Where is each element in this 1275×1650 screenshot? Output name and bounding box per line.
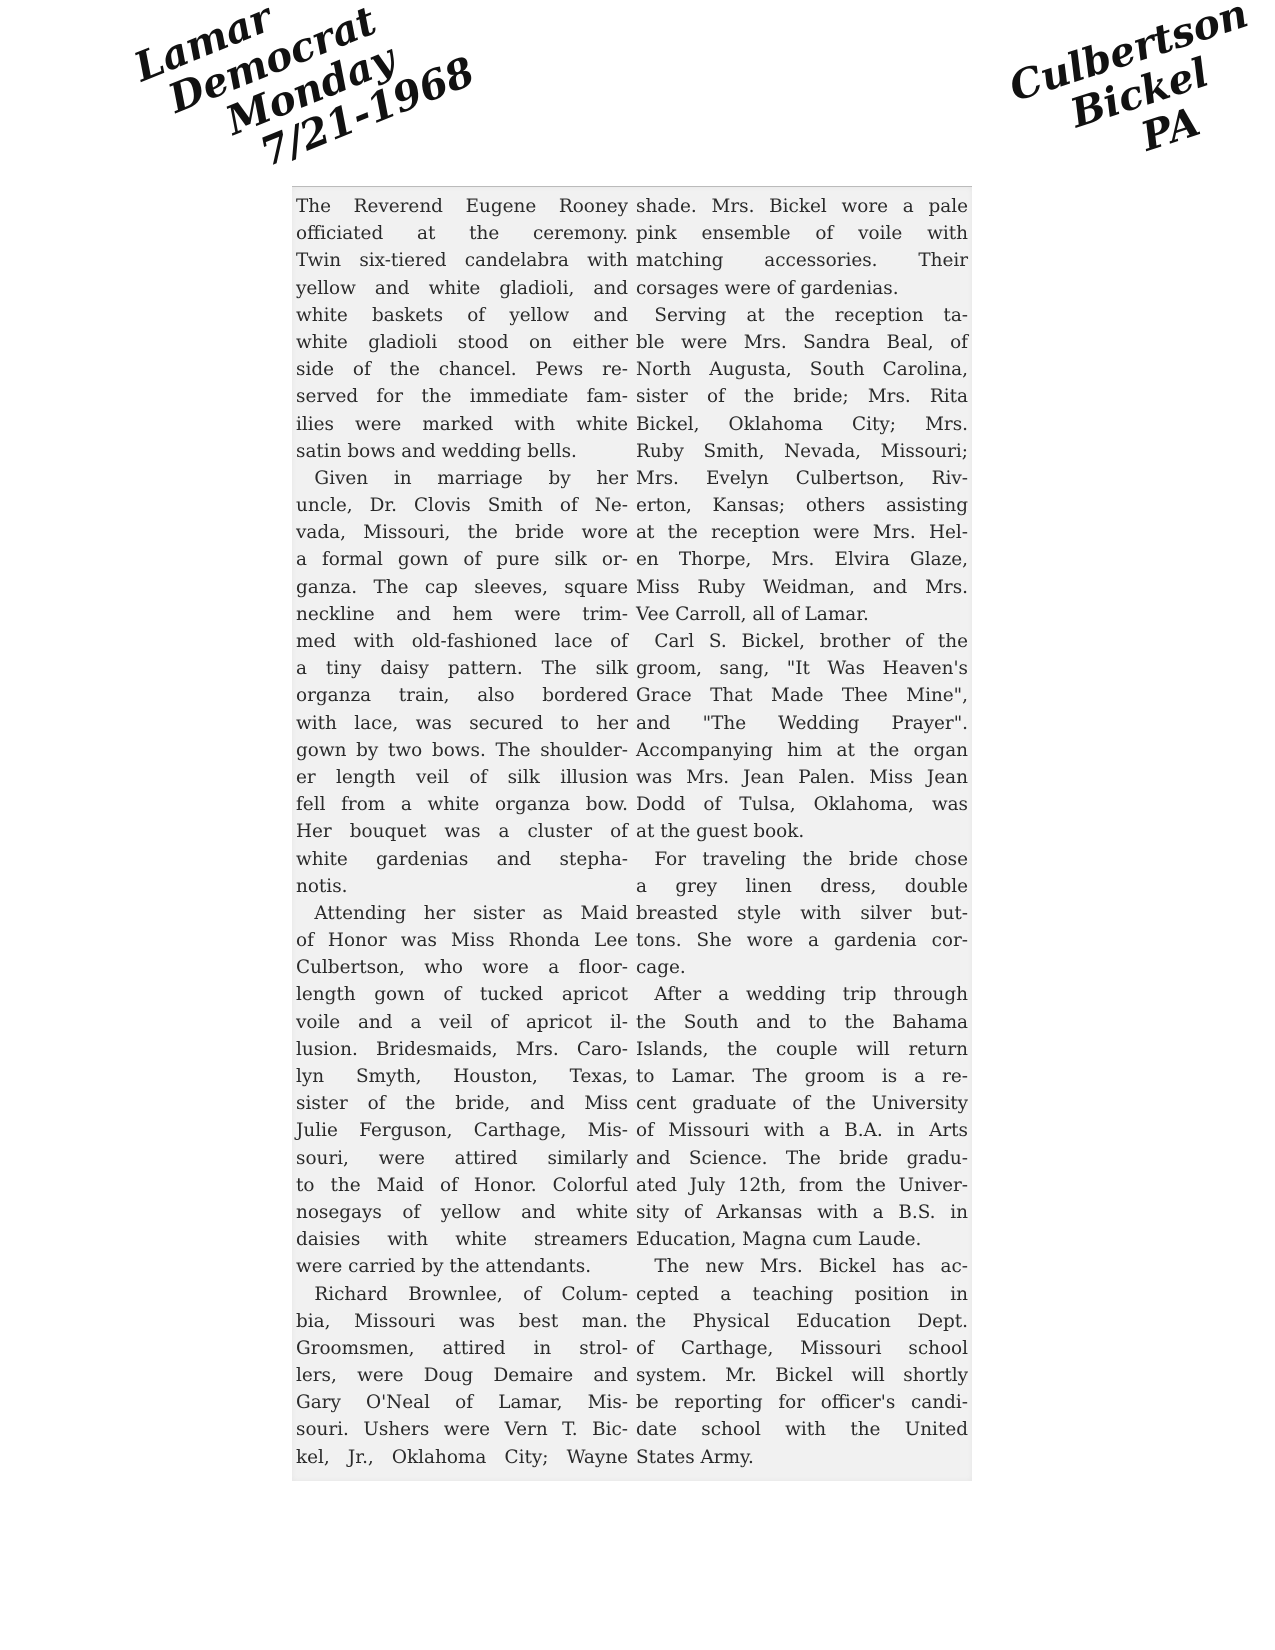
article-line: Mrs. Evelyn Culbertson, Riv- [636, 465, 968, 492]
article-line: Attending her sister as Maid [296, 900, 628, 927]
article-line: fell from a white organza bow. [296, 791, 628, 818]
article-line: at the guest book. [636, 818, 968, 845]
article-line: was Mrs. Jean Palen. Miss Jean [636, 764, 968, 791]
article-line: sity of Arkansas with a B.S. in [636, 1199, 968, 1226]
article-line: shade. Mrs. Bickel wore a pale [636, 193, 968, 220]
article-line: souri, were attired similarly [296, 1145, 628, 1172]
article-line: Islands, the couple will return [636, 1036, 968, 1063]
article-line: Grace That Made Thee Mine", [636, 682, 968, 709]
article-line: Groomsmen, attired in strol- [296, 1335, 628, 1362]
article-line: erton, Kansas; others assisting [636, 492, 968, 519]
article-line: were carried by the attendants. [296, 1253, 628, 1280]
article-line: kel, Jr., Oklahoma City; Wayne [296, 1444, 628, 1471]
article-line: matching accessories. Their [636, 247, 968, 274]
article-line: cent graduate of the University [636, 1090, 968, 1117]
article-line: Culbertson, who wore a floor- [296, 954, 628, 981]
article-line: Dodd of Tulsa, Oklahoma, was [636, 791, 968, 818]
article-line: the Physical Education Dept. [636, 1308, 968, 1335]
article-line: date school with the United [636, 1416, 968, 1443]
article-line: For traveling the bride chose [636, 846, 968, 873]
article-line: Carl S. Bickel, brother of the [636, 628, 968, 655]
article-line: at the reception were Mrs. Hel- [636, 519, 968, 546]
article-line: nosegays of yellow and white [296, 1199, 628, 1226]
article-line: a grey linen dress, double [636, 873, 968, 900]
article-line: daisies with white streamers [296, 1226, 628, 1253]
article-line: voile and a veil of apricot il- [296, 1009, 628, 1036]
article-line: The Reverend Eugene Rooney [296, 193, 628, 220]
article-line: Vee Carroll, all of Lamar. [636, 601, 968, 628]
article-line: breasted style with silver but- [636, 900, 968, 927]
article-line: med with old-fashioned lace of [296, 628, 628, 655]
article-line: to Lamar. The groom is a re- [636, 1063, 968, 1090]
article-line: officiated at the ceremony. [296, 220, 628, 247]
article-line: North Augusta, South Carolina, [636, 356, 968, 383]
article-line: of Carthage, Missouri school [636, 1335, 968, 1362]
article-line: neckline and hem were trim- [296, 601, 628, 628]
article-line: white gladioli stood on either [296, 329, 628, 356]
article-line: Bickel, Oklahoma City; Mrs. [636, 411, 968, 438]
article-line: served for the immediate fam- [296, 383, 628, 410]
article-line: lyn Smyth, Houston, Texas, [296, 1063, 628, 1090]
article-line: length gown of tucked apricot [296, 981, 628, 1008]
article-line: the South and to the Bahama [636, 1009, 968, 1036]
article-line: tons. She wore a gardenia cor- [636, 927, 968, 954]
article-line: and "The Wedding Prayer". [636, 710, 968, 737]
article-line: Ruby Smith, Nevada, Missouri; [636, 438, 968, 465]
article-column-right: shade. Mrs. Bickel wore a palepink ensem… [632, 193, 972, 1481]
article-line: Given in marriage by her [296, 465, 628, 492]
article-line: Education, Magna cum Laude. [636, 1226, 968, 1253]
article-line: gown by two bows. The shoulder- [296, 737, 628, 764]
article-line: white baskets of yellow and [296, 302, 628, 329]
article-line: with lace, was secured to her [296, 710, 628, 737]
article-line: yellow and white gladioli, and [296, 275, 628, 302]
article-line: er length veil of silk illusion [296, 764, 628, 791]
handwritten-names-note: Culbertson Bickel PA [1005, 0, 1275, 196]
article-line: vada, Missouri, the bride wore [296, 519, 628, 546]
article-line: ated July 12th, from the Univer- [636, 1172, 968, 1199]
article-line: a formal gown of pure silk or- [296, 546, 628, 573]
article-line: souri. Ushers were Vern T. Bic- [296, 1416, 628, 1443]
article-column-left: The Reverend Eugene Rooneyofficiated at … [292, 193, 632, 1481]
article-line: notis. [296, 873, 628, 900]
article-line: cepted a teaching position in [636, 1281, 968, 1308]
article-line: Julie Ferguson, Carthage, Mis- [296, 1117, 628, 1144]
article-line: lusion. Bridesmaids, Mrs. Caro- [296, 1036, 628, 1063]
article-line: system. Mr. Bickel will shortly [636, 1362, 968, 1389]
article-line: sister of the bride; Mrs. Rita [636, 383, 968, 410]
article-line: of Honor was Miss Rhonda Lee [296, 927, 628, 954]
article-line: ilies were marked with white [296, 411, 628, 438]
article-line: of Missouri with a B.A. in Arts [636, 1117, 968, 1144]
newspaper-clipping: The Reverend Eugene Rooneyofficiated at … [292, 186, 972, 1481]
article-line: corsages were of gardenias. [636, 275, 968, 302]
article-line: uncle, Dr. Clovis Smith of Ne- [296, 492, 628, 519]
article-line: bia, Missouri was best man. [296, 1308, 628, 1335]
article-line: Gary O'Neal of Lamar, Mis- [296, 1389, 628, 1416]
article-line: ganza. The cap sleeves, square [296, 574, 628, 601]
article-line: sister of the bride, and Miss [296, 1090, 628, 1117]
article-line: side of the chancel. Pews re- [296, 356, 628, 383]
article-line: The new Mrs. Bickel has ac- [636, 1253, 968, 1280]
article-line: en Thorpe, Mrs. Elvira Glaze, [636, 546, 968, 573]
article-line: to the Maid of Honor. Colorful [296, 1172, 628, 1199]
article-line: pink ensemble of voile with [636, 220, 968, 247]
article-line: lers, were Doug Demaire and [296, 1362, 628, 1389]
article-line: Miss Ruby Weidman, and Mrs. [636, 574, 968, 601]
article-line: organza train, also bordered [296, 682, 628, 709]
article-line: ble were Mrs. Sandra Beal, of [636, 329, 968, 356]
handwritten-source-note: Lamar Democrat Monday 7/21-1968 [120, 0, 481, 211]
article-line: Richard Brownlee, of Colum- [296, 1281, 628, 1308]
article-line: After a wedding trip through [636, 981, 968, 1008]
article-line: groom, sang, "It Was Heaven's [636, 655, 968, 682]
article-line: cage. [636, 954, 968, 981]
article-line: and Science. The bride gradu- [636, 1145, 968, 1172]
article-line: a tiny daisy pattern. The silk [296, 655, 628, 682]
article-line: States Army. [636, 1444, 968, 1471]
article-line: Her bouquet was a cluster of [296, 818, 628, 845]
article-line: Serving at the reception ta- [636, 302, 968, 329]
article-line: white gardenias and stepha- [296, 846, 628, 873]
article-line: Accompanying him at the organ [636, 737, 968, 764]
article-line: satin bows and wedding bells. [296, 438, 628, 465]
article-line: Twin six-tiered candelabra with [296, 247, 628, 274]
article-line: be reporting for officer's candi- [636, 1389, 968, 1416]
